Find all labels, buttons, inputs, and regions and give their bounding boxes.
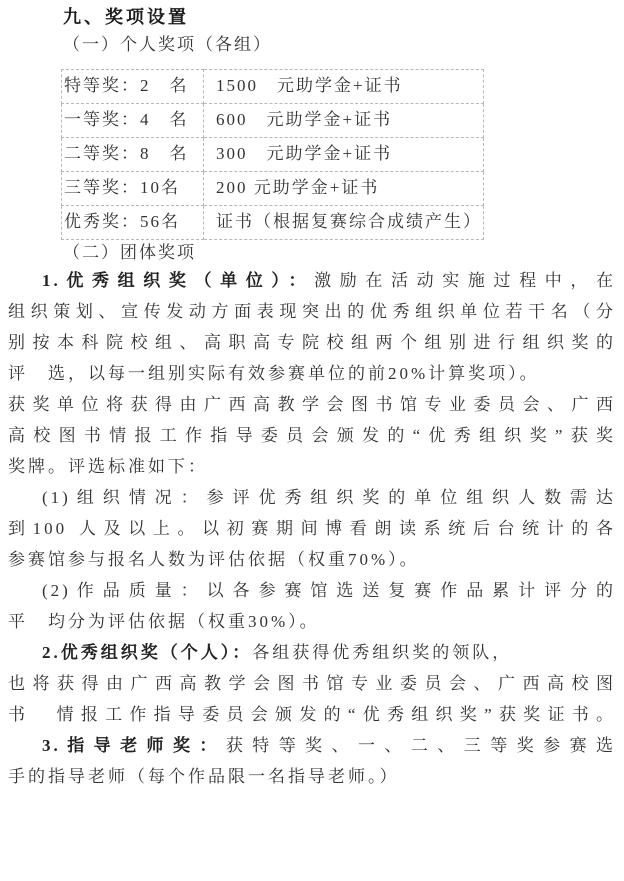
award-table-row: 优秀奖：56名证书（根据复赛综合成绩产生）: [62, 206, 484, 240]
award-prize-cell: 300 元助学金+证书: [204, 138, 484, 172]
award-prize-cell: 1500 元助学金+证书: [204, 70, 484, 104]
award-rank-cell: 特等奖：2 名: [62, 70, 204, 104]
award-rank-cell: 二等奖：8 名: [62, 138, 204, 172]
paragraph-line: 奖牌。评选标准如下：: [8, 451, 616, 482]
award-prize-cell: 证书（根据复赛综合成绩产生）: [204, 206, 484, 240]
award-prize-cell: 600 元助学金+证书: [204, 104, 484, 138]
award-table-row: 三等奖：10名 200 元助学金+证书: [62, 172, 484, 206]
paragraph: 2.优秀组织奖（个人）：各组获得优秀组织奖的领队，也将获得由广西高教学会图书馆专…: [8, 637, 616, 730]
paragraph-line: 参赛馆参与报名人数为评估依据（权重70%）。: [8, 544, 616, 575]
award-table-row: 特等奖：2 名1500 元助学金+证书: [62, 70, 484, 104]
paragraph: (1)组织情况：参评优秀组织奖的单位组织人数需达到100 人及以上。以初赛期间博…: [8, 482, 616, 575]
paragraph: 1.优秀组织奖（单位）：激励在活动实施过程中，在组织策划、宣传发动方面表现突出的…: [8, 265, 616, 482]
paragraph-line: (2)作品质量：以各参赛馆选送复赛作品累计评分的: [8, 575, 616, 606]
award-prize-cell: 200 元助学金+证书: [204, 172, 484, 206]
subsection-individual-awards-title: （一）个人奖项（各组）: [63, 33, 272, 57]
paragraph-line: 也将获得由广西高教学会图书馆专业委员会、广西高校图: [8, 668, 616, 699]
paragraph-line: 高校图书情报工作指导委员会颁发的“优秀组织奖”获奖: [8, 420, 616, 451]
body-paragraphs: 1.优秀组织奖（单位）：激励在活动实施过程中，在组织策划、宣传发动方面表现突出的…: [8, 265, 616, 792]
awards-table-body: 特等奖：2 名1500 元助学金+证书一等奖：4 名600 元助学金+证书二等奖…: [62, 70, 484, 240]
paragraph: (2)作品质量：以各参赛馆选送复赛作品累计评分的平 均分为评估依据（权重30%）…: [8, 575, 616, 637]
paragraph-line: 1.优秀组织奖（单位）：激励在活动实施过程中，在: [8, 265, 616, 296]
paragraph-line: 评 选，以每一组别实际有效参赛单位的前20%计算奖项）。: [8, 358, 616, 389]
bold-run: 1.优秀组织奖（单位）：: [42, 271, 314, 290]
award-rank-cell: 优秀奖：56名: [62, 206, 204, 240]
award-rank-cell: 三等奖：10名: [62, 172, 204, 206]
bold-run: 2.优秀组织奖（个人）：: [42, 643, 252, 662]
award-rank-cell: 一等奖：4 名: [62, 104, 204, 138]
paragraph-line: 到100 人及以上。以初赛期间博看朗读系统后台统计的各: [8, 513, 616, 544]
paragraph-line: 别按本科院校组、高职高专院校组两个组别进行组织奖的: [8, 327, 616, 358]
paragraph-line: 3.指导老师奖：获特等奖、一、二、三等奖参赛选: [8, 730, 616, 761]
section-heading: 九、奖项设置: [63, 5, 189, 29]
paragraph-line: 平 均分为评估依据（权重30%）。: [8, 606, 616, 637]
paragraph-line: 2.优秀组织奖（个人）：各组获得优秀组织奖的领队，: [8, 637, 616, 668]
bold-run: 3.指导老师奖：: [42, 736, 226, 755]
paragraph-line: 手的指导老师（每个作品限一名指导老师。）: [8, 761, 616, 792]
paragraph: 3.指导老师奖：获特等奖、一、二、三等奖参赛选手的指导老师（每个作品限一名指导老…: [8, 730, 616, 792]
award-table-row: 二等奖：8 名300 元助学金+证书: [62, 138, 484, 172]
award-table-row: 一等奖：4 名600 元助学金+证书: [62, 104, 484, 138]
paragraph-line: (1)组织情况：参评优秀组织奖的单位组织人数需达: [8, 482, 616, 513]
paragraph-line: 获奖单位将获得由广西高教学会图书馆专业委员会、广西: [8, 389, 616, 420]
paragraph-line: 书 情报工作指导委员会颁发的“优秀组织奖”获奖证书。: [8, 699, 616, 730]
document-page: 九、奖项设置 （一）个人奖项（各组） 特等奖：2 名1500 元助学金+证书一等…: [0, 0, 624, 881]
subsection-group-awards-title: （二）团体奖项: [63, 241, 196, 265]
individual-awards-table: 特等奖：2 名1500 元助学金+证书一等奖：4 名600 元助学金+证书二等奖…: [61, 69, 484, 240]
paragraph-line: 组织策划、宣传发动方面表现突出的优秀组织单位若干名（分: [8, 296, 616, 327]
